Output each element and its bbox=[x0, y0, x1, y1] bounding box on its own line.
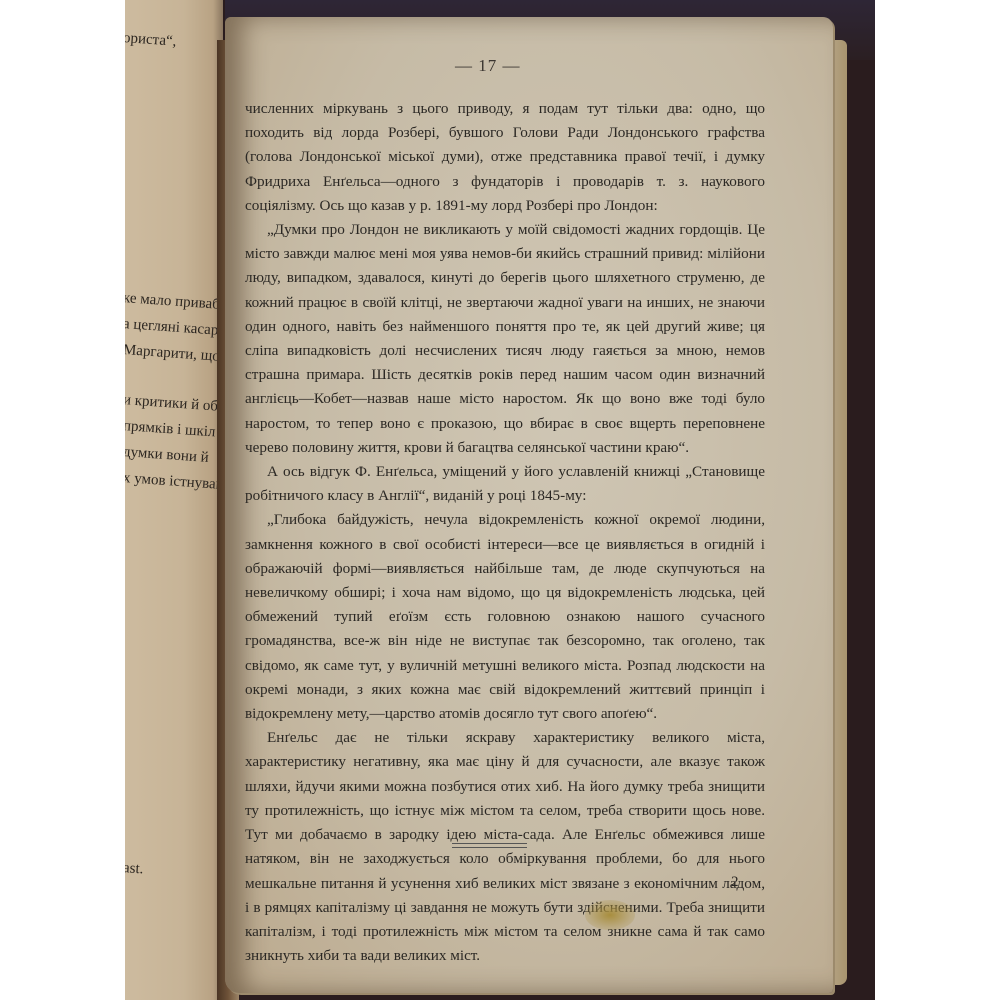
left-page-fragment: а цегляні касарні bbox=[125, 316, 223, 340]
section-divider bbox=[452, 843, 527, 848]
left-page-fragment: Маргарити, що мали bbox=[125, 342, 223, 368]
book-photo: ориста“, ке мало привабли а цегляні каса… bbox=[125, 0, 875, 1000]
page-body-text: численних міркувань з цього приводу, я п… bbox=[245, 97, 765, 968]
left-page-fragment: прямків і шкіл bbox=[125, 418, 216, 441]
left-page-fragment: и критики й обурен bbox=[125, 392, 223, 418]
left-page-fragment: ast. bbox=[125, 860, 144, 878]
paragraph: численних міркувань з цього приводу, я п… bbox=[245, 97, 765, 218]
signature-number: 2 bbox=[731, 874, 739, 891]
left-page-fragment: ке мало привабли bbox=[125, 290, 223, 315]
paragraph: А ось відгук Ф. Енґельса, уміщений у йог… bbox=[245, 460, 765, 508]
left-page-fragment: ориста“, bbox=[125, 30, 177, 51]
quote-engels: „Глибока байдужість, нечула відокремлені… bbox=[245, 508, 765, 726]
left-page-fragment: думки вони й bbox=[125, 444, 209, 467]
paper-stain bbox=[585, 900, 635, 930]
page-number-top: — 17 — bbox=[455, 56, 521, 76]
quote-rosebery: „Думки про Лондон не викликають у моїй с… bbox=[245, 218, 765, 460]
left-page-fragment: х умов істнувань bbox=[125, 470, 223, 494]
left-page: ориста“, ке мало привабли а цегляні каса… bbox=[125, 0, 223, 1000]
